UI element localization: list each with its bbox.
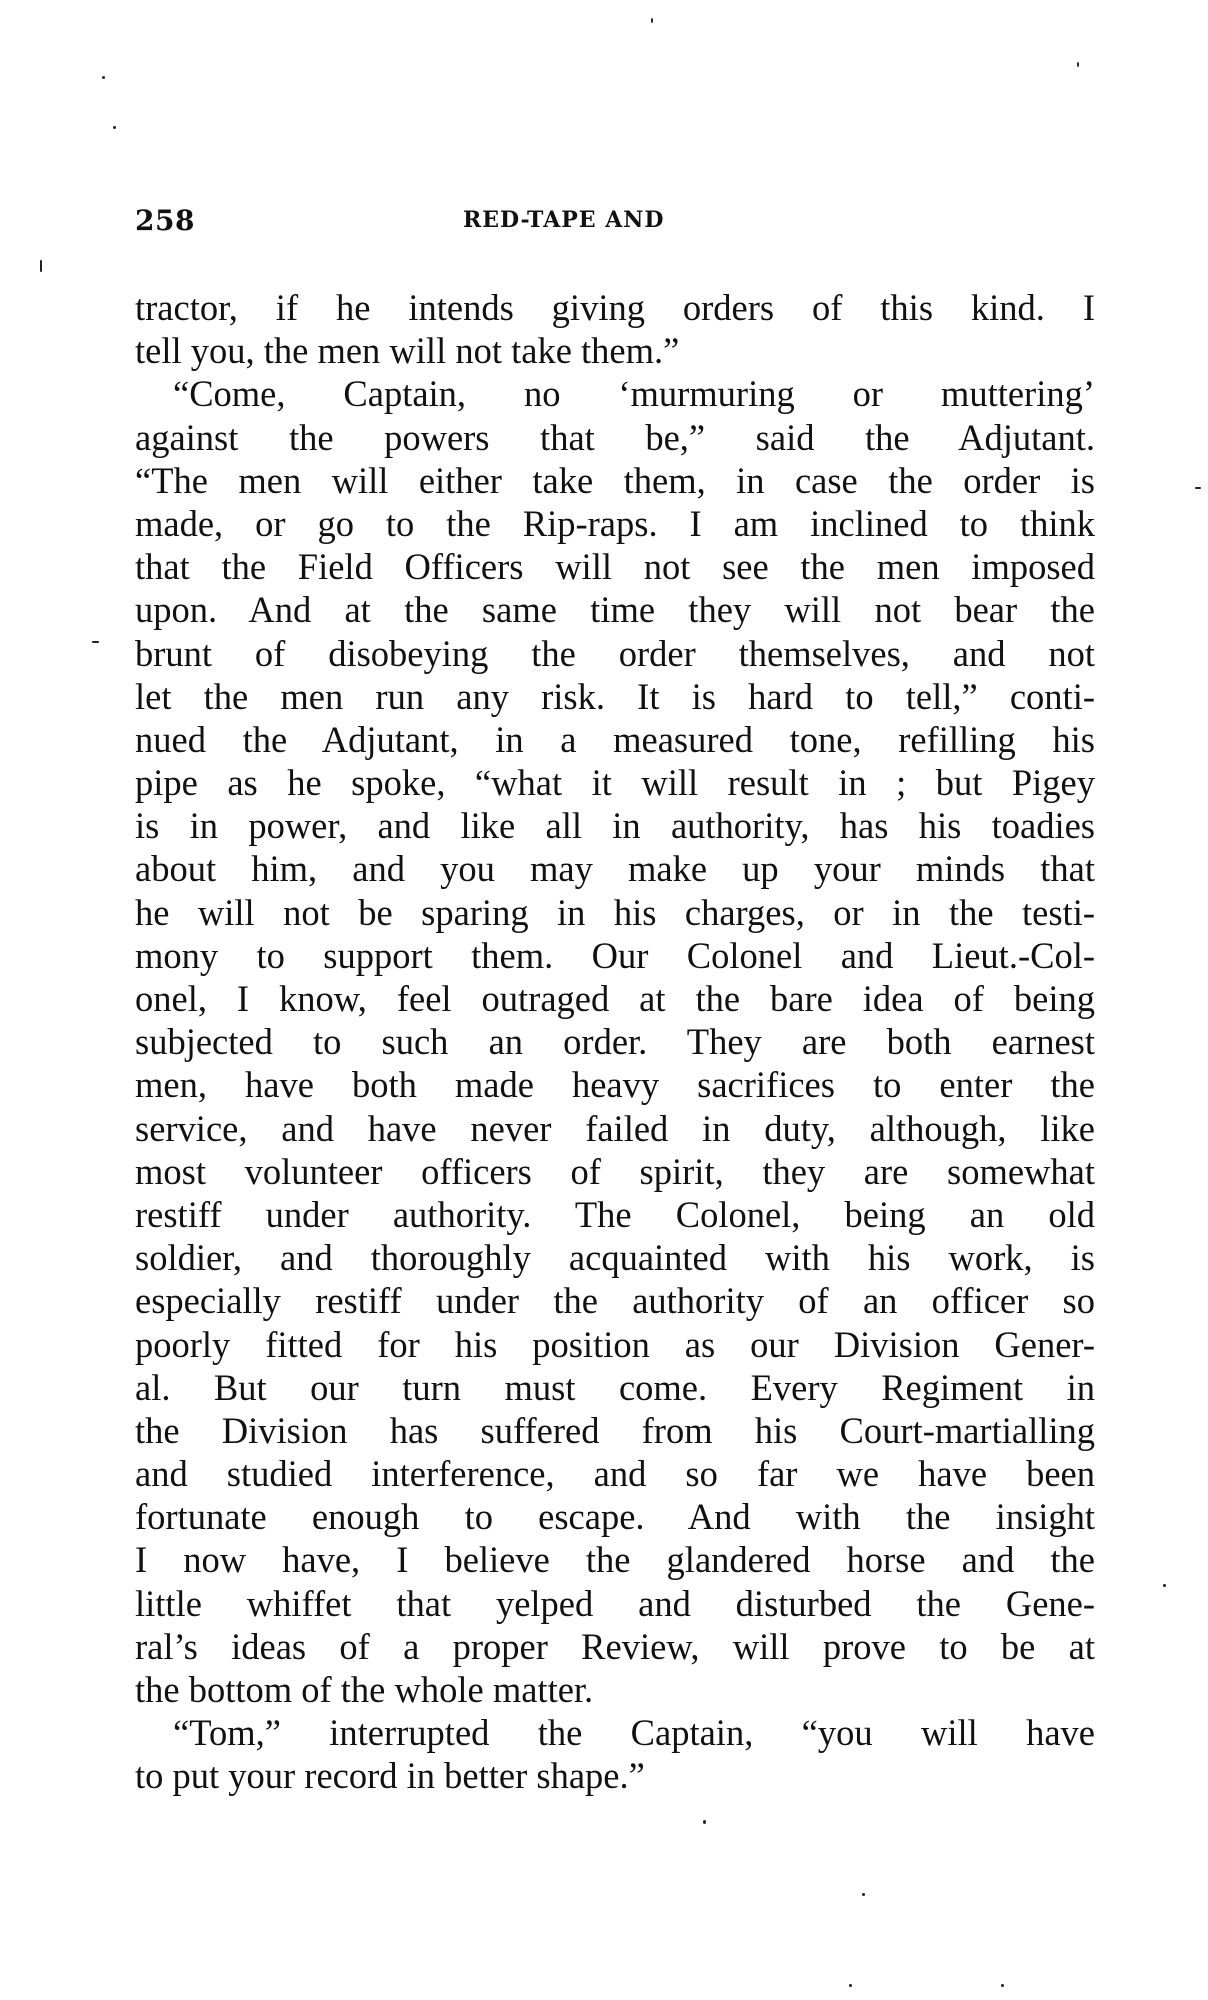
text-line: pipe as he spoke, “what it will result i… (135, 761, 1095, 804)
text-line: al. But our turn must come. Every Regime… (135, 1366, 1095, 1409)
text-line: onel, I know, feel outraged at the bare … (135, 977, 1095, 1020)
text-line: tractor, if he intends giving orders of … (135, 286, 1095, 329)
scan-speck (862, 1893, 865, 1896)
scan-speck (1077, 62, 1079, 67)
text-line: mony to support them. Our Colonel and Li… (135, 934, 1095, 977)
text-line: let the men run any risk. It is hard to … (135, 675, 1095, 718)
text-line: most volunteer officers of spirit, they … (135, 1150, 1095, 1193)
running-head: 258 RED-TAPE AND (135, 204, 1095, 244)
text-line: tell you, the men will not take them.” (135, 329, 1095, 372)
text-line: and studied interference, and so far we … (135, 1452, 1095, 1495)
text-line: upon. And at the same time they will not… (135, 588, 1095, 631)
text-line: he will not be sparing in his charges, o… (135, 891, 1095, 934)
text-line: soldier, and thoroughly acquainted with … (135, 1236, 1095, 1279)
text-line: “Tom,” interrupted the Captain, “you wil… (135, 1711, 1095, 1754)
text-line: ral’s ideas of a proper Review, will pro… (135, 1625, 1095, 1668)
scan-speck (102, 76, 105, 79)
text-line: the bottom of the whole matter. (135, 1668, 1095, 1711)
scan-speck (92, 641, 99, 643)
scan-speck (1163, 1584, 1166, 1587)
text-line: to put your record in better shape.” (135, 1754, 1095, 1797)
text-line: fortunate enough to escape. And with the… (135, 1495, 1095, 1538)
body-text: tractor, if he intends giving orders of … (135, 286, 1095, 1798)
text-line: especially restiff under the authority o… (135, 1279, 1095, 1322)
text-line: is in power, and like all in authority, … (135, 804, 1095, 847)
text-line: against the powers that be,” said the Ad… (135, 416, 1095, 459)
text-line: “Come, Captain, no ‘murmuring or mutteri… (135, 372, 1095, 415)
scan-speck (1001, 1984, 1004, 1987)
text-line: nued the Adjutant, in a measured tone, r… (135, 718, 1095, 761)
text-line: about him, and you may make up your mind… (135, 847, 1095, 890)
text-line: subjected to such an order. They are bot… (135, 1020, 1095, 1063)
scan-speck (703, 1820, 706, 1824)
text-line: that the Field Officers will not see the… (135, 545, 1095, 588)
text-line: the Division has suffered from his Court… (135, 1409, 1095, 1452)
scan-speck (113, 126, 116, 129)
text-line: I now have, I believe the glandered hors… (135, 1538, 1095, 1581)
scan-speck (1195, 487, 1201, 489)
page-number: 258 (135, 204, 195, 237)
text-line: restiff under authority. The Colonel, be… (135, 1193, 1095, 1236)
scan-speck (849, 1984, 852, 1987)
text-line: poorly fitted for his position as our Di… (135, 1323, 1095, 1366)
text-line: “The men will either take them, in case … (135, 459, 1095, 502)
scan-speck (40, 260, 42, 272)
text-line: brunt of disobeying the order themselves… (135, 632, 1095, 675)
book-page: 258 RED-TAPE AND tractor, if he intends … (0, 0, 1208, 2000)
text-line: little whiffet that yelped and disturbed… (135, 1582, 1095, 1625)
text-line: service, and have never failed in duty, … (135, 1107, 1095, 1150)
scan-speck (651, 18, 653, 23)
text-line: men, have both made heavy sacrifices to … (135, 1063, 1095, 1106)
text-line: made, or go to the Rip-raps. I am inclin… (135, 502, 1095, 545)
running-head-title: RED-TAPE AND (463, 207, 665, 233)
